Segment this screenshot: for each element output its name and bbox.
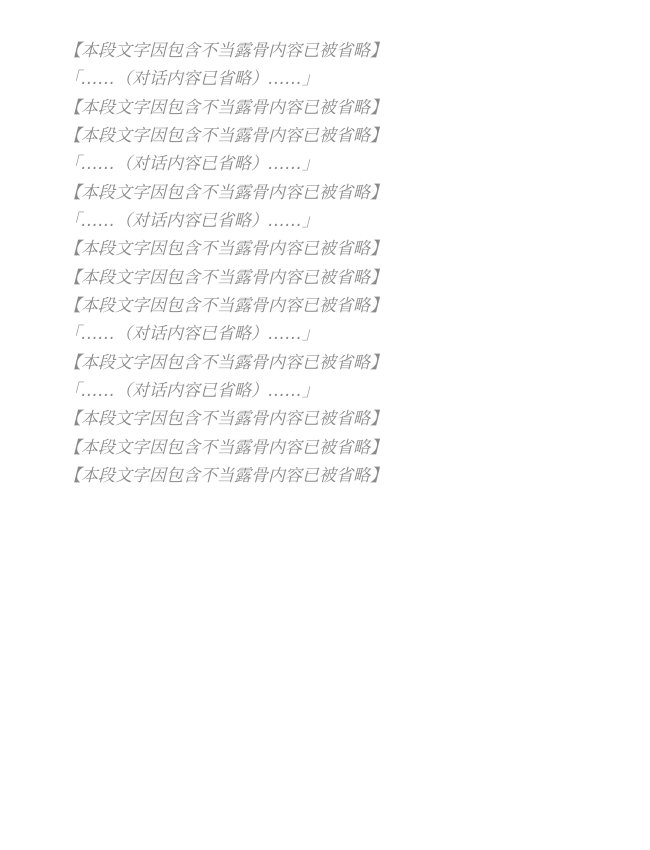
paragraph: 「……（对话内容已省略）……」 <box>30 66 620 92</box>
reader-page: 【本段文字因包含不当露骨内容已被省略】「……（对话内容已省略）……」【本段文字因… <box>0 0 650 850</box>
paragraph: 【本段文字因包含不当露骨内容已被省略】 <box>30 123 620 149</box>
paragraph: 「……（对话内容已省略）……」 <box>30 321 620 347</box>
paragraph: 【本段文字因包含不当露骨内容已被省略】 <box>30 265 620 291</box>
paragraph: 【本段文字因包含不当露骨内容已被省略】 <box>30 38 620 64</box>
paragraph: 「……（对话内容已省略）……」 <box>30 378 620 404</box>
text-body: 【本段文字因包含不当露骨内容已被省略】「……（对话内容已省略）……」【本段文字因… <box>30 38 620 490</box>
paragraph: 【本段文字因包含不当露骨内容已被省略】 <box>30 406 620 432</box>
paragraph: 【本段文字因包含不当露骨内容已被省略】 <box>30 95 620 121</box>
paragraph: 【本段文字因包含不当露骨内容已被省略】 <box>30 293 620 319</box>
paragraph: 「……（对话内容已省略）……」 <box>30 151 620 177</box>
paragraph: 【本段文字因包含不当露骨内容已被省略】 <box>30 180 620 206</box>
paragraph: 【本段文字因包含不当露骨内容已被省略】 <box>30 435 620 461</box>
paragraph: 「……（对话内容已省略）……」 <box>30 208 620 234</box>
paragraph: 【本段文字因包含不当露骨内容已被省略】 <box>30 350 620 376</box>
paragraph: 【本段文字因包含不当露骨内容已被省略】 <box>30 236 620 262</box>
paragraph: 【本段文字因包含不当露骨内容已被省略】 <box>30 463 620 489</box>
